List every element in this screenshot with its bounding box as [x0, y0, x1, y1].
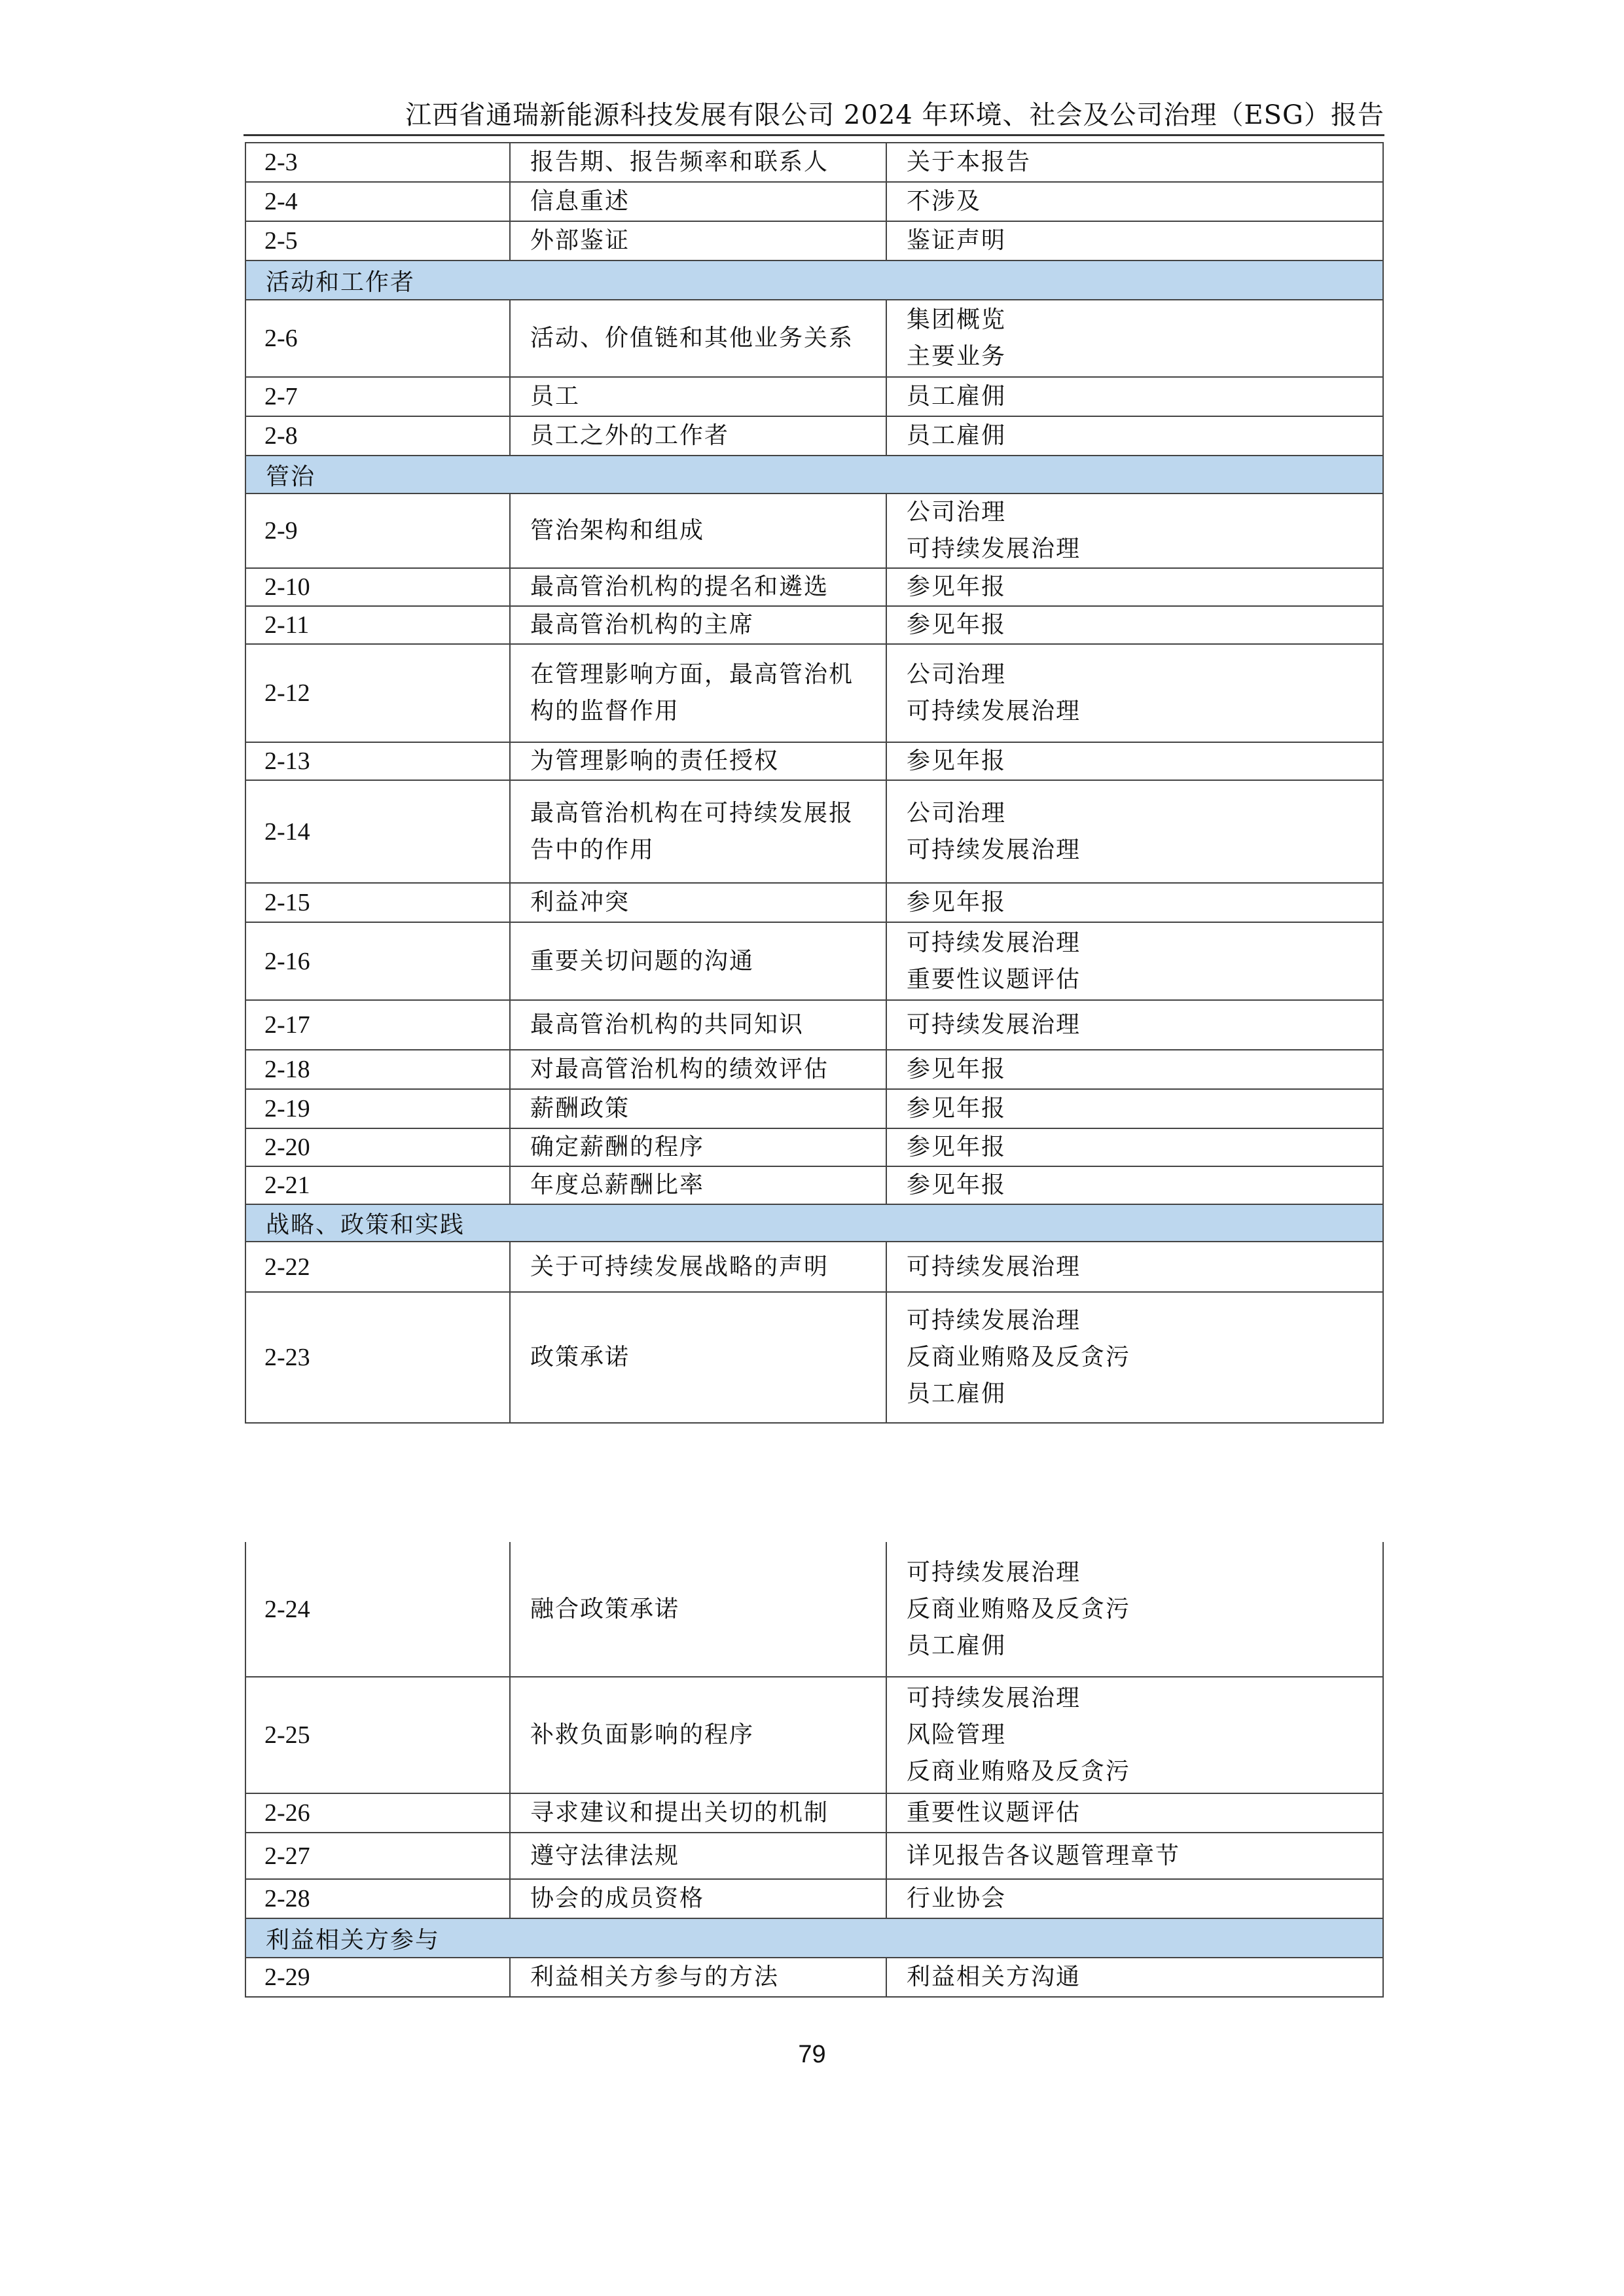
disclosure-title: 信息重述: [530, 183, 871, 220]
disclosure-title: 协会的成员资格: [530, 1880, 871, 1917]
disclosure-number: 2-27: [245, 1833, 510, 1879]
disclosure-title-cell: 在管理影响方面，最高管治机构的监督作用: [510, 644, 886, 742]
disclosure-title: 对最高管治机构的绩效评估: [530, 1051, 871, 1088]
report-location: 可持续发展治理: [907, 925, 1368, 961]
disclosure-title: 最高管治机构的共同知识: [530, 1007, 871, 1043]
section-header-row: 活动和工作者: [245, 260, 1383, 300]
disclosure-title: 融合政策承诺: [530, 1591, 871, 1628]
disclosure-number: 2-24: [245, 1542, 510, 1677]
report-location-cell: 可持续发展治理反商业贿赂及反贪污员工雇佣: [886, 1542, 1383, 1677]
disclosure-number: 2-22: [245, 1242, 510, 1292]
report-location: 反商业贿赂及反贪污: [907, 1339, 1368, 1376]
table-row: 2-19薪酬政策参见年报: [245, 1089, 1383, 1128]
disclosure-title-cell: 对最高管治机构的绩效评估: [510, 1050, 886, 1089]
report-location-cell: 可持续发展治理: [886, 1000, 1383, 1050]
report-location-cell: 鉴证声明: [886, 221, 1383, 260]
table-row: 2-16重要关切问题的沟通可持续发展治理重要性议题评估: [245, 922, 1383, 1000]
disclosure-title: 关于可持续发展战略的声明: [530, 1249, 871, 1285]
report-location: 参见年报: [907, 1129, 1368, 1166]
report-location: 可持续发展治理: [907, 1249, 1368, 1285]
report-location-cell: 不涉及: [886, 182, 1383, 221]
disclosure-title-cell: 最高管治机构的共同知识: [510, 1000, 886, 1050]
table-row: 2-21年度总薪酬比率参见年报: [245, 1166, 1383, 1204]
disclosure-number: 2-20: [245, 1128, 510, 1166]
report-location: 重要性议题评估: [907, 961, 1368, 998]
table-row: 2-3报告期、报告频率和联系人关于本报告: [245, 143, 1383, 182]
report-location: 公司治理: [907, 494, 1368, 531]
disclosure-title-cell: 补救负面影响的程序: [510, 1677, 886, 1793]
report-location-cell: 员工雇佣: [886, 377, 1383, 416]
disclosure-title: 为管理影响的责任授权: [530, 743, 871, 780]
table-row: 2-25补救负面影响的程序可持续发展治理风险管理反商业贿赂及反贪污: [245, 1677, 1383, 1793]
report-location: 关于本报告: [907, 144, 1368, 181]
header-rule: [244, 134, 1384, 136]
disclosure-title-cell: 为管理影响的责任授权: [510, 742, 886, 780]
disclosure-number: 2-8: [245, 416, 510, 456]
disclosure-title-cell: 薪酬政策: [510, 1089, 886, 1128]
disclosure-title-cell: 信息重述: [510, 182, 886, 221]
section-header-row: 战略、政策和实践: [245, 1204, 1383, 1242]
disclosure-number: 2-9: [245, 493, 510, 568]
disclosure-title: 管治架构和组成: [530, 512, 871, 549]
report-location: 参见年报: [907, 569, 1368, 605]
table-row: 2-14最高管治机构在可持续发展报告中的作用公司治理可持续发展治理: [245, 780, 1383, 883]
disclosure-title: 确定薪酬的程序: [530, 1129, 871, 1166]
report-location: 可持续发展治理: [907, 531, 1368, 567]
report-location-cell: 参见年报: [886, 883, 1383, 922]
report-location-cell: 员工雇佣: [886, 416, 1383, 456]
disclosure-number: 2-29: [245, 1958, 510, 1997]
report-location-cell: 公司治理可持续发展治理: [886, 493, 1383, 568]
report-location-cell: 参见年报: [886, 568, 1383, 606]
report-location: 参见年报: [907, 1090, 1368, 1127]
section-header-row: 管治: [245, 456, 1383, 493]
disclosure-title-cell: 确定薪酬的程序: [510, 1128, 886, 1166]
disclosure-number: 2-19: [245, 1089, 510, 1128]
disclosure-number: 2-17: [245, 1000, 510, 1050]
disclosure-number: 2-4: [245, 182, 510, 221]
report-location-cell: 参见年报: [886, 742, 1383, 780]
disclosure-number: 2-28: [245, 1879, 510, 1918]
disclosure-title-cell: 最高管治机构的提名和遴选: [510, 568, 886, 606]
report-location-cell: 公司治理可持续发展治理: [886, 780, 1383, 883]
report-location: 反商业贿赂及反贪污: [907, 1753, 1368, 1790]
disclosure-title-cell: 利益相关方参与的方法: [510, 1958, 886, 1997]
disclosure-number: 2-15: [245, 883, 510, 922]
report-location: 参见年报: [907, 1051, 1368, 1088]
report-location: 重要性议题评估: [907, 1795, 1368, 1831]
report-location: 不涉及: [907, 183, 1368, 220]
table-row: 2-27遵守法律法规详见报告各议题管理章节: [245, 1833, 1383, 1879]
disclosure-title: 活动、价值链和其他业务关系: [530, 320, 871, 357]
table-row: 2-5外部鉴证鉴证声明: [245, 221, 1383, 260]
section-label: 战略、政策和实践: [245, 1204, 1383, 1242]
disclosure-title-cell: 年度总薪酬比率: [510, 1166, 886, 1204]
disclosure-title: 告中的作用: [530, 832, 871, 869]
report-location-cell: 公司治理可持续发展治理: [886, 644, 1383, 742]
disclosure-title: 员工之外的工作者: [530, 418, 871, 454]
report-location: 公司治理: [907, 795, 1368, 832]
disclosure-number: 2-14: [245, 780, 510, 883]
disclosure-title-cell: 利益冲突: [510, 883, 886, 922]
report-location: 员工雇佣: [907, 1628, 1368, 1664]
section-label: 管治: [245, 456, 1383, 493]
disclosure-title-cell: 最高管治机构在可持续发展报告中的作用: [510, 780, 886, 883]
disclosure-title-cell: 活动、价值链和其他业务关系: [510, 300, 886, 377]
disclosure-title-cell: 外部鉴证: [510, 221, 886, 260]
table-row: 2-17最高管治机构的共同知识可持续发展治理: [245, 1000, 1383, 1050]
disclosure-number: 2-21: [245, 1166, 510, 1204]
page-number: 79: [0, 2041, 1624, 2069]
disclosure-title: 重要关切问题的沟通: [530, 943, 871, 980]
table-row: 2-12在管理影响方面，最高管治机构的监督作用公司治理可持续发展治理: [245, 644, 1383, 742]
disclosure-title-cell: 员工: [510, 377, 886, 416]
table-row: 2-10最高管治机构的提名和遴选参见年报: [245, 568, 1383, 606]
disclosure-title-cell: 员工之外的工作者: [510, 416, 886, 456]
table-row: 2-29利益相关方参与的方法利益相关方沟通: [245, 1958, 1383, 1997]
disclosure-title: 最高管治机构的提名和遴选: [530, 569, 871, 605]
disclosure-title-cell: 报告期、报告频率和联系人: [510, 143, 886, 182]
table-row: 2-23政策承诺可持续发展治理反商业贿赂及反贪污员工雇佣: [245, 1292, 1383, 1423]
table-row: 2-22关于可持续发展战略的声明可持续发展治理: [245, 1242, 1383, 1292]
section-label: 利益相关方参与: [245, 1918, 1383, 1958]
report-location: 可持续发展治理: [907, 1680, 1368, 1717]
disclosure-title: 构的监督作用: [530, 693, 871, 730]
disclosure-number: 2-6: [245, 300, 510, 377]
report-location: 参见年报: [907, 1167, 1368, 1204]
disclosure-title: 政策承诺: [530, 1339, 871, 1376]
disclosure-title: 年度总薪酬比率: [530, 1167, 871, 1204]
report-location: 可持续发展治理: [907, 1554, 1368, 1591]
report-location: 详见报告各议题管理章节: [907, 1838, 1368, 1874]
report-location-cell: 利益相关方沟通: [886, 1958, 1383, 1997]
report-location: 反商业贿赂及反贪污: [907, 1591, 1368, 1628]
report-location: 利益相关方沟通: [907, 1959, 1368, 1996]
disclosure-title: 利益冲突: [530, 884, 871, 921]
gri-index-table-part-2: 2-24融合政策承诺可持续发展治理反商业贿赂及反贪污员工雇佣2-25补救负面影响…: [245, 1542, 1384, 1998]
table-row: 2-4信息重述不涉及: [245, 182, 1383, 221]
report-location-cell: 参见年报: [886, 1089, 1383, 1128]
section-label: 活动和工作者: [245, 260, 1383, 300]
report-location: 公司治理: [907, 656, 1368, 693]
table-row: 2-8员工之外的工作者员工雇佣: [245, 416, 1383, 456]
report-location: 主要业务: [907, 338, 1368, 375]
table-row: 2-20确定薪酬的程序参见年报: [245, 1128, 1383, 1166]
disclosure-title-cell: 管治架构和组成: [510, 493, 886, 568]
disclosure-number: 2-25: [245, 1677, 510, 1793]
disclosure-title: 报告期、报告频率和联系人: [530, 144, 871, 181]
table-row: 2-6活动、价值链和其他业务关系集团概览主要业务: [245, 300, 1383, 377]
table-row: 2-13为管理影响的责任授权参见年报: [245, 742, 1383, 780]
disclosure-number: 2-5: [245, 221, 510, 260]
report-location: 可持续发展治理: [907, 693, 1368, 730]
disclosure-title-cell: 寻求建议和提出关切的机制: [510, 1793, 886, 1833]
report-location: 参见年报: [907, 743, 1368, 780]
table-row: 2-15利益冲突参见年报: [245, 883, 1383, 922]
report-location: 参见年报: [907, 607, 1368, 643]
table-row: 2-28协会的成员资格行业协会: [245, 1879, 1383, 1918]
disclosure-number: 2-3: [245, 143, 510, 182]
table-row: 2-11最高管治机构的主席参见年报: [245, 606, 1383, 644]
table-row: 2-9管治架构和组成公司治理可持续发展治理: [245, 493, 1383, 568]
report-location-cell: 参见年报: [886, 606, 1383, 644]
disclosure-title-cell: 关于可持续发展战略的声明: [510, 1242, 886, 1292]
disclosure-number: 2-26: [245, 1793, 510, 1833]
report-location: 员工雇佣: [907, 1376, 1368, 1412]
report-location: 风险管理: [907, 1717, 1368, 1753]
disclosure-number: 2-10: [245, 568, 510, 606]
report-location: 员工雇佣: [907, 378, 1368, 415]
disclosure-title: 遵守法律法规: [530, 1838, 871, 1874]
section-header-row: 利益相关方参与: [245, 1918, 1383, 1958]
report-location: 行业协会: [907, 1880, 1368, 1917]
table-row: 2-26寻求建议和提出关切的机制重要性议题评估: [245, 1793, 1383, 1833]
disclosure-title-cell: 政策承诺: [510, 1292, 886, 1423]
disclosure-title-cell: 协会的成员资格: [510, 1879, 886, 1918]
disclosure-title-cell: 重要关切问题的沟通: [510, 922, 886, 1000]
report-location: 集团概览: [907, 302, 1368, 338]
report-location: 鉴证声明: [907, 223, 1368, 259]
report-location: 可持续发展治理: [907, 1302, 1368, 1339]
report-location-cell: 集团概览主要业务: [886, 300, 1383, 377]
table-row: 2-18对最高管治机构的绩效评估参见年报: [245, 1050, 1383, 1089]
disclosure-title: 员工: [530, 378, 871, 415]
disclosure-title: 最高管治机构的主席: [530, 607, 871, 643]
disclosure-title: 补救负面影响的程序: [530, 1717, 871, 1753]
disclosure-number: 2-11: [245, 606, 510, 644]
report-location-cell: 可持续发展治理重要性议题评估: [886, 922, 1383, 1000]
disclosure-number: 2-12: [245, 644, 510, 742]
disclosure-number: 2-23: [245, 1292, 510, 1423]
table-row: 2-24融合政策承诺可持续发展治理反商业贿赂及反贪污员工雇佣: [245, 1542, 1383, 1677]
report-location-cell: 可持续发展治理: [886, 1242, 1383, 1292]
report-location-cell: 关于本报告: [886, 143, 1383, 182]
disclosure-title: 薪酬政策: [530, 1090, 871, 1127]
disclosure-title: 最高管治机构在可持续发展报: [530, 795, 871, 832]
disclosure-number: 2-13: [245, 742, 510, 780]
table-row: 2-7员工员工雇佣: [245, 377, 1383, 416]
disclosure-number: 2-16: [245, 922, 510, 1000]
disclosure-title-cell: 遵守法律法规: [510, 1833, 886, 1879]
disclosure-title-cell: 最高管治机构的主席: [510, 606, 886, 644]
running-header: 江西省通瑞新能源科技发展有限公司 2024 年环境、社会及公司治理（ESG）报告: [244, 97, 1384, 135]
disclosure-title-cell: 融合政策承诺: [510, 1542, 886, 1677]
disclosure-title: 利益相关方参与的方法: [530, 1959, 871, 1996]
report-location-cell: 可持续发展治理反商业贿赂及反贪污员工雇佣: [886, 1292, 1383, 1423]
report-location: 可持续发展治理: [907, 832, 1368, 869]
report-location-cell: 行业协会: [886, 1879, 1383, 1918]
report-location-cell: 参见年报: [886, 1128, 1383, 1166]
report-location-cell: 参见年报: [886, 1050, 1383, 1089]
report-location-cell: 详见报告各议题管理章节: [886, 1833, 1383, 1879]
disclosure-number: 2-18: [245, 1050, 510, 1089]
report-location-cell: 参见年报: [886, 1166, 1383, 1204]
report-location-cell: 重要性议题评估: [886, 1793, 1383, 1833]
report-location: 员工雇佣: [907, 418, 1368, 454]
disclosure-title: 外部鉴证: [530, 223, 871, 259]
gri-index-table-part-1: 2-3报告期、报告频率和联系人关于本报告2-4信息重述不涉及2-5外部鉴证鉴证声…: [245, 142, 1384, 1424]
disclosure-title: 在管理影响方面，最高管治机: [530, 656, 871, 693]
report-location: 参见年报: [907, 884, 1368, 921]
disclosure-title: 寻求建议和提出关切的机制: [530, 1795, 871, 1831]
disclosure-number: 2-7: [245, 377, 510, 416]
report-location: 可持续发展治理: [907, 1007, 1368, 1043]
report-location-cell: 可持续发展治理风险管理反商业贿赂及反贪污: [886, 1677, 1383, 1793]
